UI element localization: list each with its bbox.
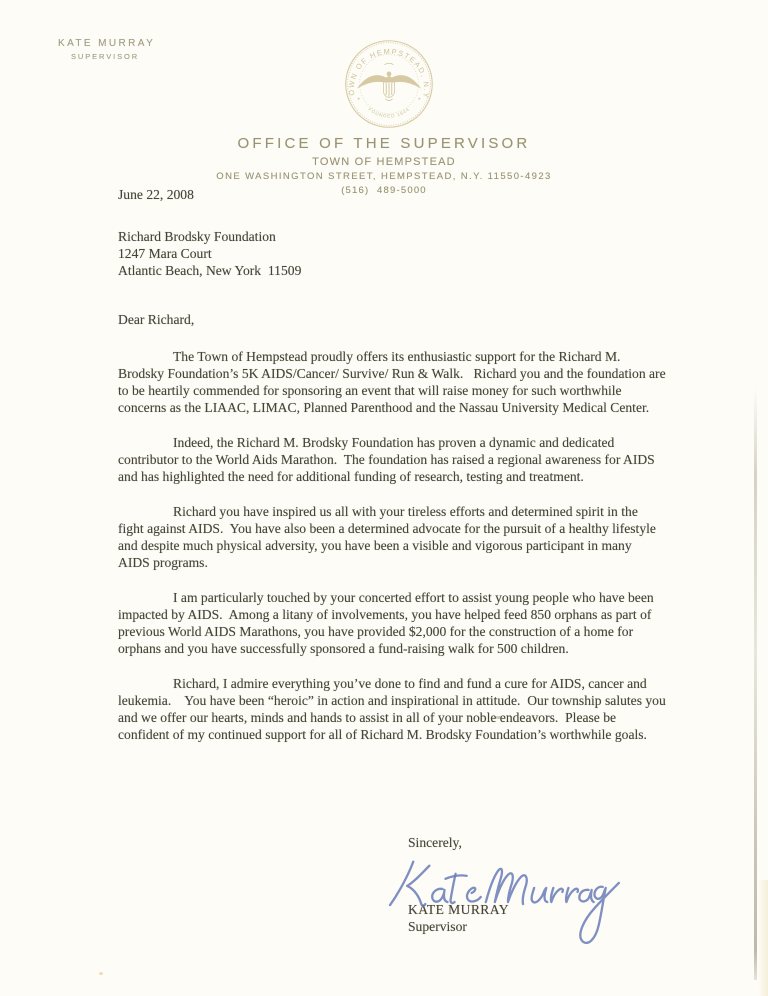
- recipient-name: Richard Brodsky Foundation: [118, 228, 666, 245]
- salutation: Dear Richard,: [118, 311, 666, 328]
- letter-paragraph: The Town of Hempstead proudly offers its…: [118, 348, 666, 416]
- town-seal-icon: TOWN OF HEMPSTEAD, N.Y. FOUNDED 1644: [343, 38, 435, 130]
- letterhead-address: ONE WASHINGTON STREET, HEMPSTEAD, N.Y. 1…: [0, 171, 768, 182]
- letterhead-sender-title: SUPERVISOR: [71, 52, 155, 61]
- recipient-street: 1247 Mara Court: [118, 245, 666, 262]
- recipient-city-state-zip: Atlantic Beach, New York 11509: [118, 262, 666, 279]
- letter-date: June 22, 2008: [118, 186, 666, 203]
- scan-artifact-speck: [495, 716, 502, 719]
- letterhead-sender-name: KATE MURRAY: [58, 38, 155, 49]
- letterhead-sender-block: KATE MURRAY SUPERVISOR: [58, 38, 155, 61]
- scan-artifact-speck: [99, 972, 103, 975]
- letter-paragraph: Richard you have inspired us all with yo…: [118, 503, 666, 571]
- letterhead-municipality: TOWN OF HEMPSTEAD: [0, 156, 768, 168]
- svg-text:FOUNDED 1644: FOUNDED 1644: [367, 107, 410, 119]
- seal-bottom-text: FOUNDED 1644: [367, 107, 410, 119]
- scan-artifact-edge-tint: [758, 880, 768, 996]
- letter-paragraph: I am particularly touched by your concer…: [118, 589, 666, 657]
- letter-paragraph: Indeed, the Richard M. Brodsky Foundatio…: [118, 434, 666, 485]
- letter-body: June 22, 2008 Richard Brodsky Foundation…: [118, 186, 666, 743]
- letterhead-office-title: OFFICE OF THE SUPERVISOR: [0, 135, 768, 152]
- scan-artifact-vertical-streak: [754, 388, 757, 980]
- kate-murray-handwritten-signature: [386, 846, 638, 948]
- letter-paragraph: Richard, I admire everything you’ve done…: [118, 675, 666, 743]
- recipient-address-block: Richard Brodsky Foundation 1247 Mara Cou…: [118, 228, 666, 279]
- scanned-letter-page: KATE MURRAY SUPERVISOR TOWN OF HEMPSTEAD…: [0, 0, 768, 996]
- closing-block: Sincerely, KATE MURRAY Supervisor: [408, 834, 668, 935]
- seal-eagle-icon: [357, 63, 421, 100]
